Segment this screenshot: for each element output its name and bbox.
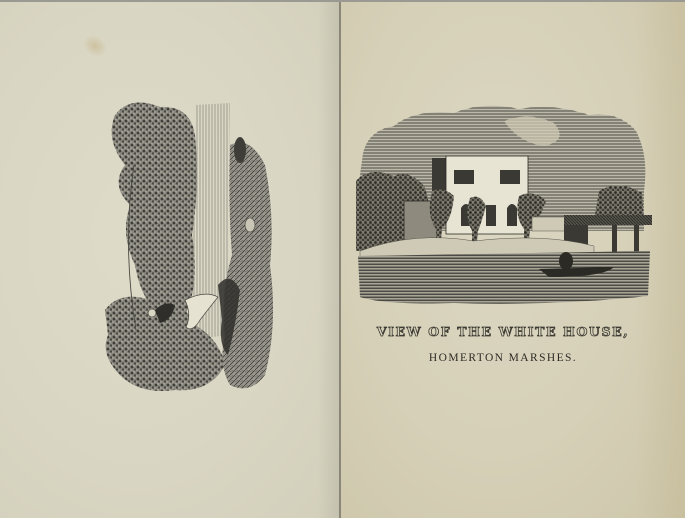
plate-caption-subtitle: HOMERTON MARSHES. bbox=[341, 352, 665, 364]
book-spread: VIEW OF THE WHITE HOUSE, HOMERTON MARSHE… bbox=[0, 0, 685, 518]
plate-caption-title: VIEW OF THE WHITE HOUSE, bbox=[341, 324, 665, 339]
gutter-shadow bbox=[318, 2, 339, 518]
white-house-engraving bbox=[354, 101, 654, 307]
paper-stain bbox=[79, 30, 112, 61]
angler-engraving bbox=[100, 95, 280, 395]
